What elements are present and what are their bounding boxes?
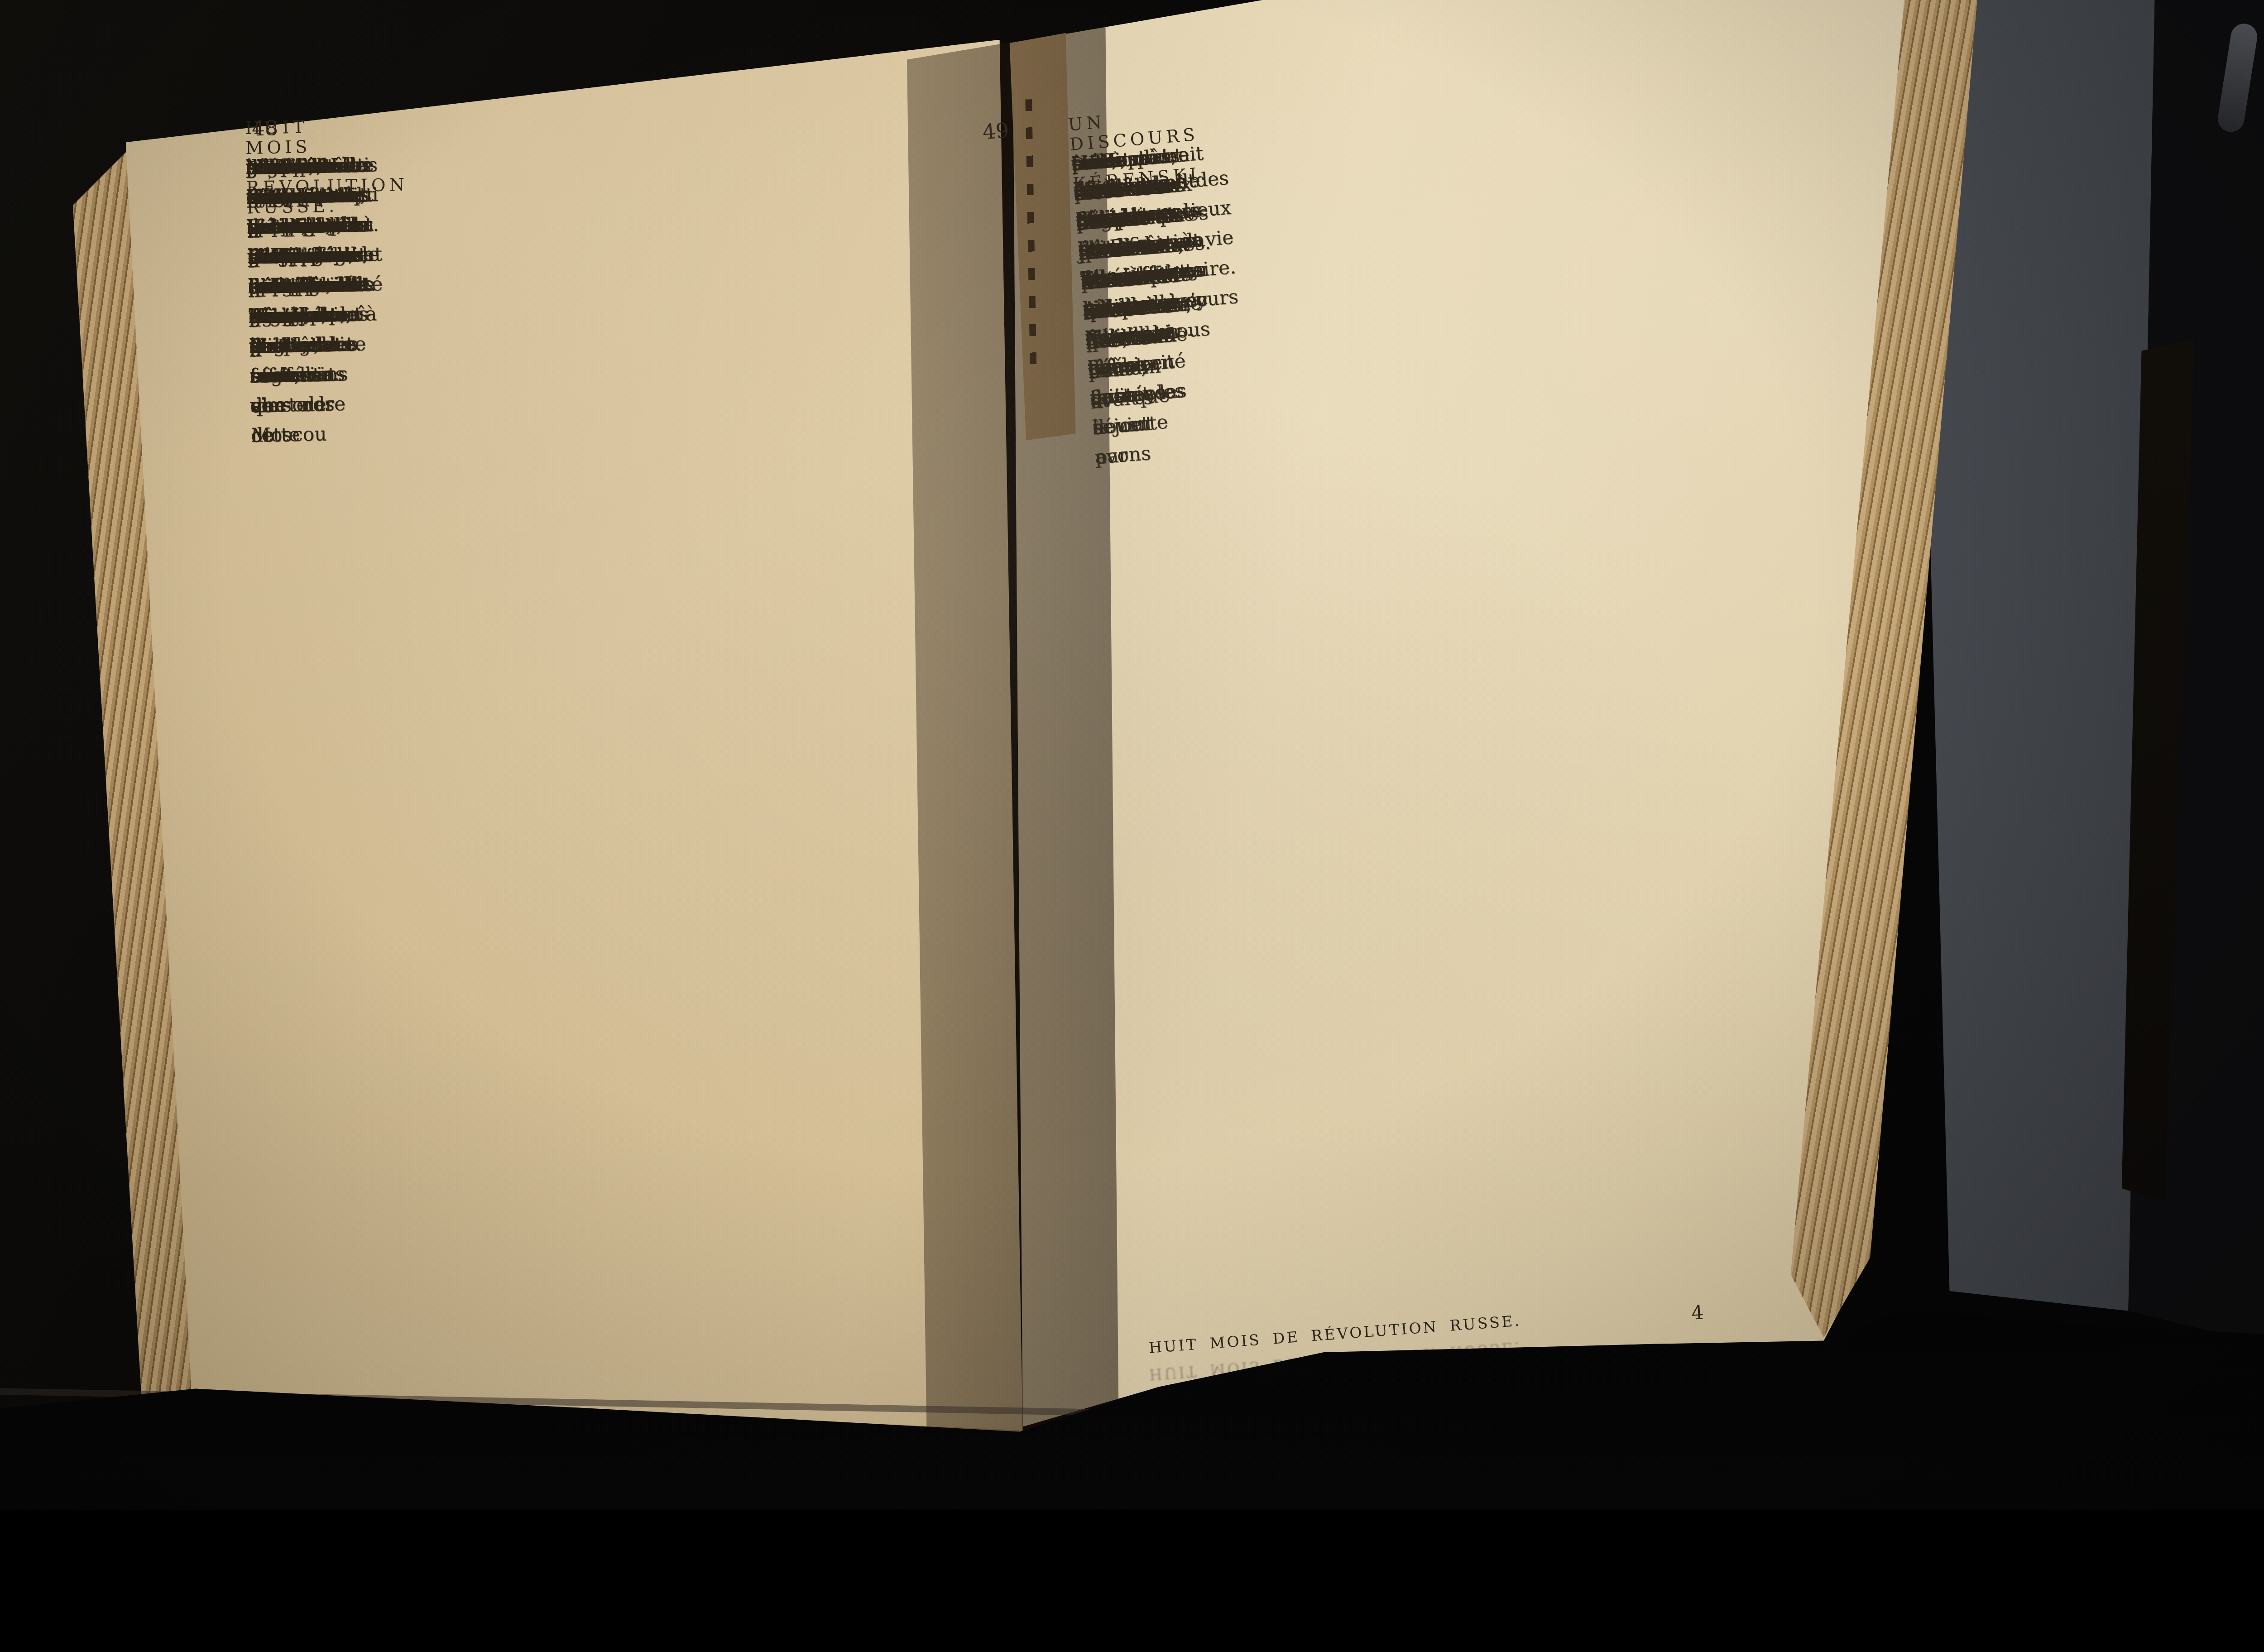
signature-number: 4 bbox=[1691, 1301, 1704, 1325]
right-page-number: 49 bbox=[982, 117, 1010, 144]
text-line: pitaient et dont nous allons maintenant … bbox=[1070, 140, 1195, 327]
text-line: chez nous. Les spectateurs furent pourta… bbox=[245, 150, 363, 360]
photo-of-open-book: 48 HUIT MOIS DE RÉVOLUTION RUSSE. eut li… bbox=[0, 0, 2264, 1509]
left-running-head: 48 HUIT MOIS DE RÉVOLUTION RUSSE. bbox=[245, 119, 245, 145]
